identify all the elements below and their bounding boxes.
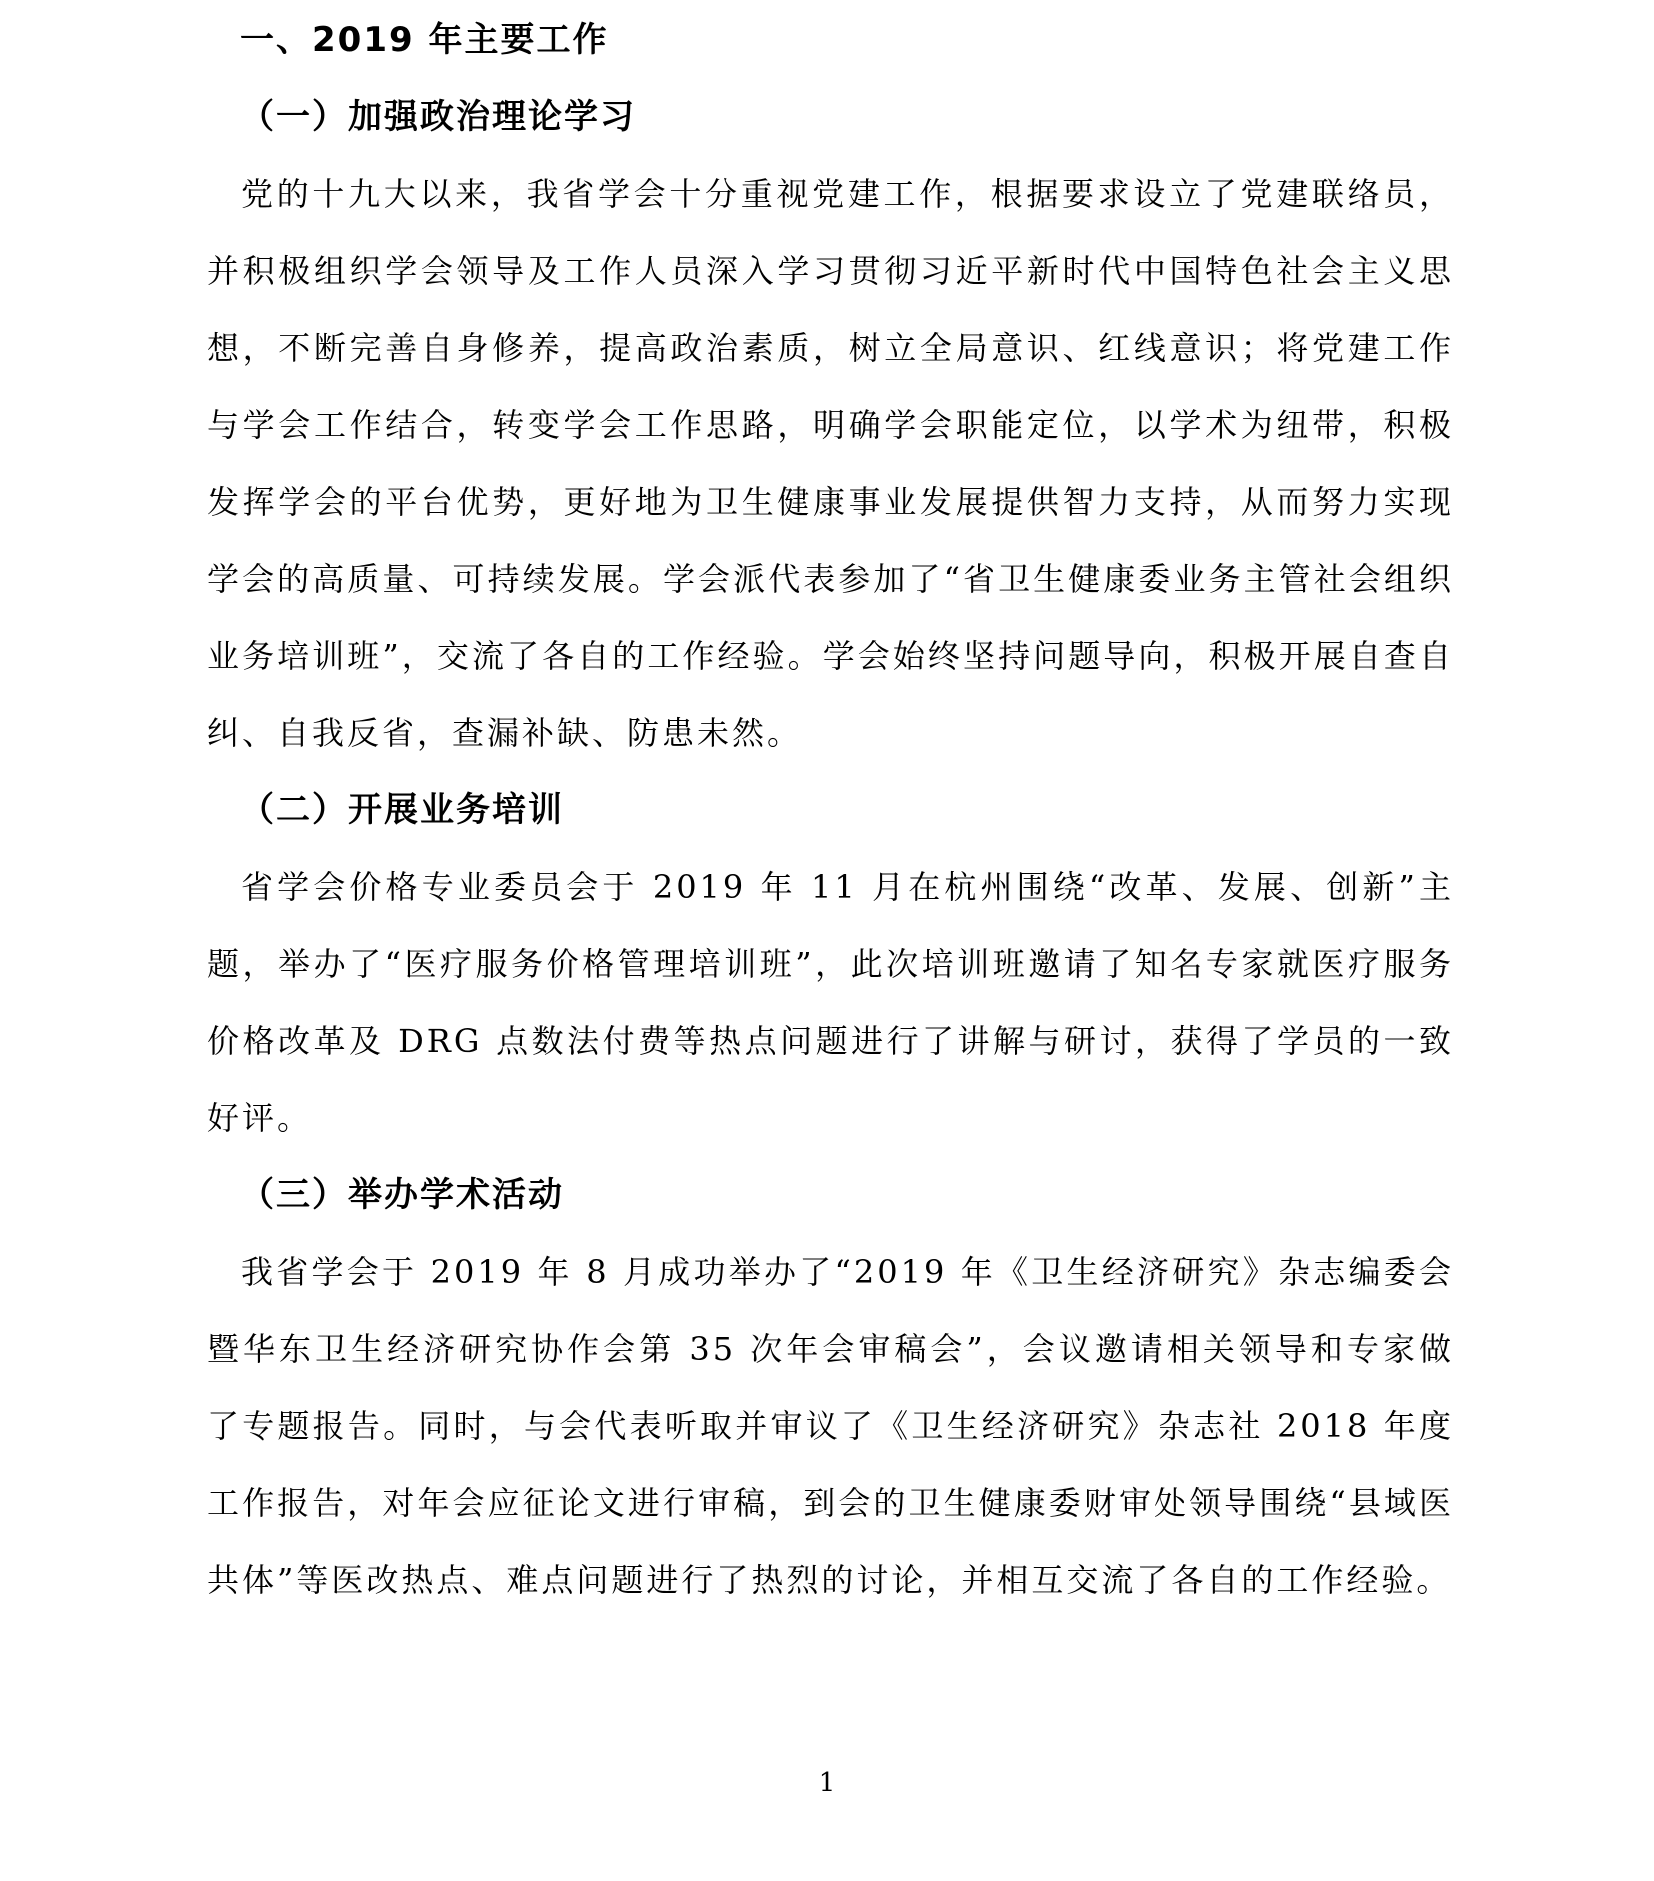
section-heading-1: （一）加强政治理论学习	[207, 79, 1454, 156]
main-heading: 一、2019 年主要工作	[207, 2, 1454, 79]
section-heading-2: （二）开展业务培训	[207, 772, 1454, 849]
section-heading-3: （三）举办学术活动	[207, 1157, 1454, 1234]
document-page: 一、2019 年主要工作 （一）加强政治理论学习 党的十九大以来，我省学会十分重…	[0, 0, 1654, 1881]
page-number: 1	[0, 1768, 1654, 1798]
section-1-paragraph: 党的十九大以来，我省学会十分重视党建工作，根据要求设立了党建联络员，并积极组织学…	[207, 156, 1454, 772]
section-3-paragraph: 我省学会于 2019 年 8 月成功举办了“2019 年《卫生经济研究》杂志编委…	[207, 1234, 1454, 1619]
section-2-paragraph: 省学会价格专业委员会于 2019 年 11 月在杭州围绕“改革、发展、创新”主题…	[207, 849, 1454, 1157]
